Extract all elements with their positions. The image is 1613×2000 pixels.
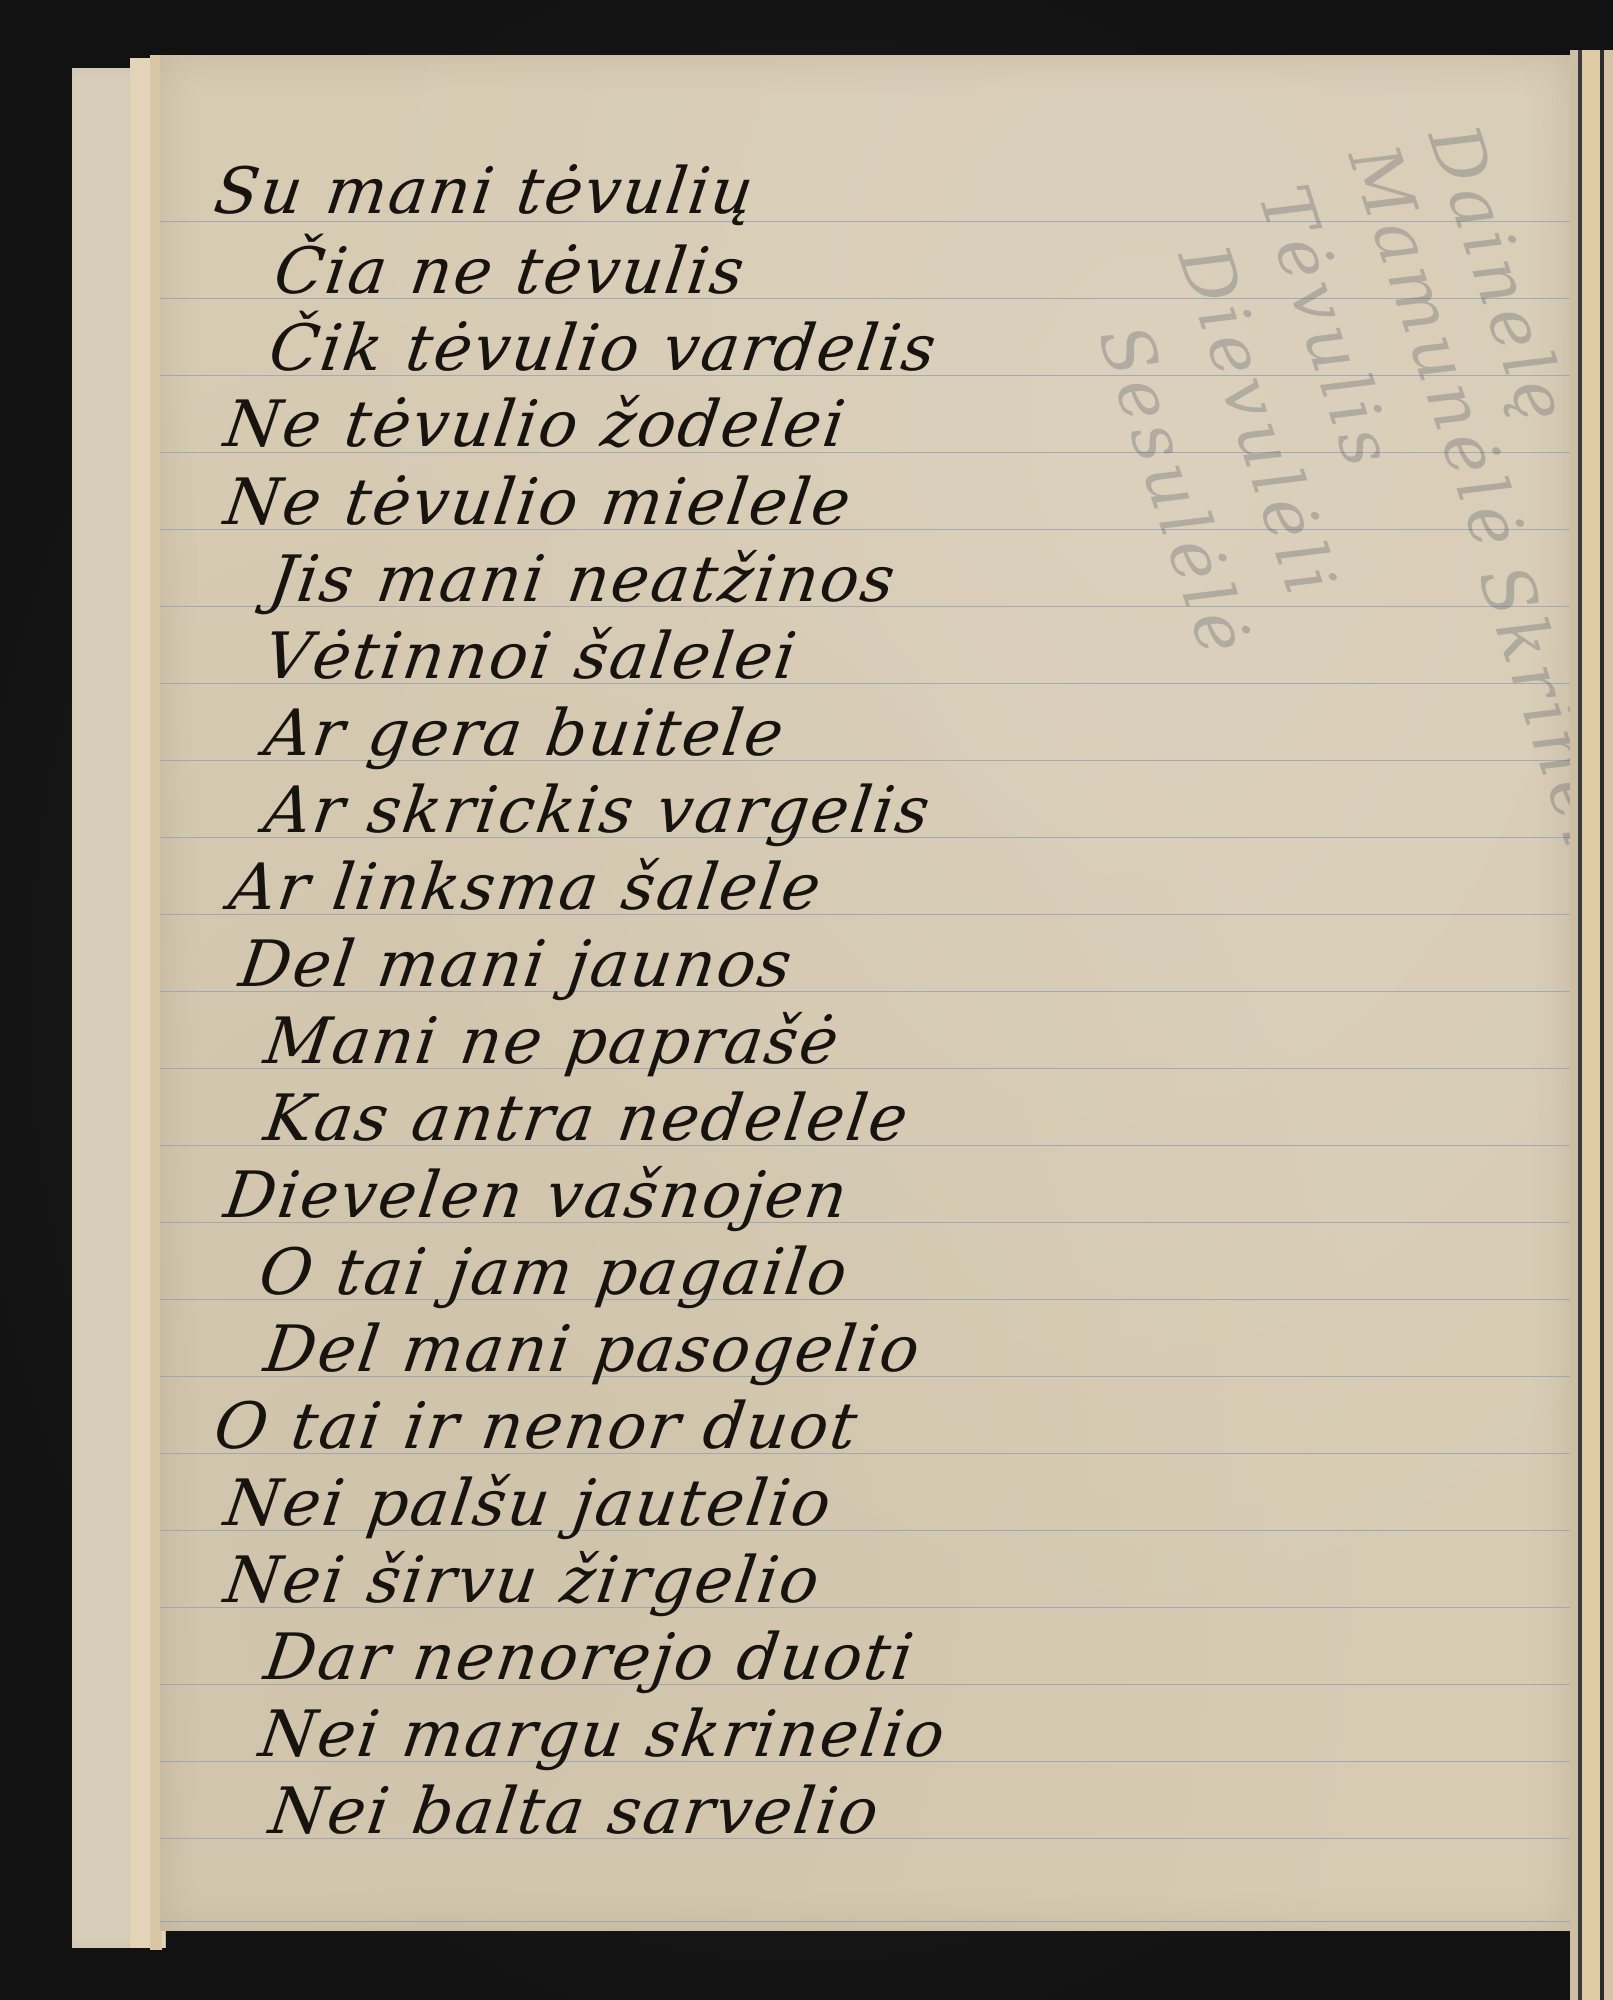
poem-line: Ar skrickis vargelis — [261, 779, 936, 843]
poem-line: Dievelen vašnojen — [221, 1164, 853, 1228]
poem-line: Nei margu skrinelio — [256, 1703, 951, 1767]
poem-line: Dar nenorejo duoti — [261, 1626, 919, 1690]
poem-line: Kas antra nedelele — [261, 1087, 914, 1151]
poem-line: Del mani pasogelio — [261, 1318, 926, 1382]
poem-line: O tai jam pagailo — [256, 1241, 853, 1305]
poem-line: Nei balta sarvelio — [266, 1780, 885, 1844]
poem-line: Del mani jaunos — [236, 933, 798, 997]
poem-line: Nei palšu jautelio — [221, 1472, 837, 1536]
notebook-right-page-stack — [1570, 50, 1613, 2000]
poem-line: Mani ne paprašė — [261, 1010, 845, 1074]
poem-line: Ar linksma šalele — [226, 856, 827, 920]
poem-line: O tai ir nenor duot — [211, 1395, 863, 1459]
poem-line: Nei širvu žirgelio — [221, 1549, 825, 1613]
notebook-page: Dainelę Mamunėlė Tėvulis Dievulėli Sesul… — [160, 55, 1570, 1931]
poem-line: Jis mani neatžinos — [266, 548, 901, 612]
poem-line: Ne tėvulio mielele — [221, 471, 857, 535]
poem-line: Su mani tėvulių — [211, 160, 759, 224]
poem-line: Čia ne tėvulis — [271, 240, 750, 304]
poem-line: Ar gera buitele — [261, 702, 790, 766]
ruled-line — [160, 1921, 1570, 1922]
poem-line: Ne tėvulio žodelei — [221, 393, 851, 457]
poem-line: Čik tėvulio vardelis — [266, 317, 942, 381]
poem-line: Vėtinnoi šalelei — [261, 625, 802, 689]
